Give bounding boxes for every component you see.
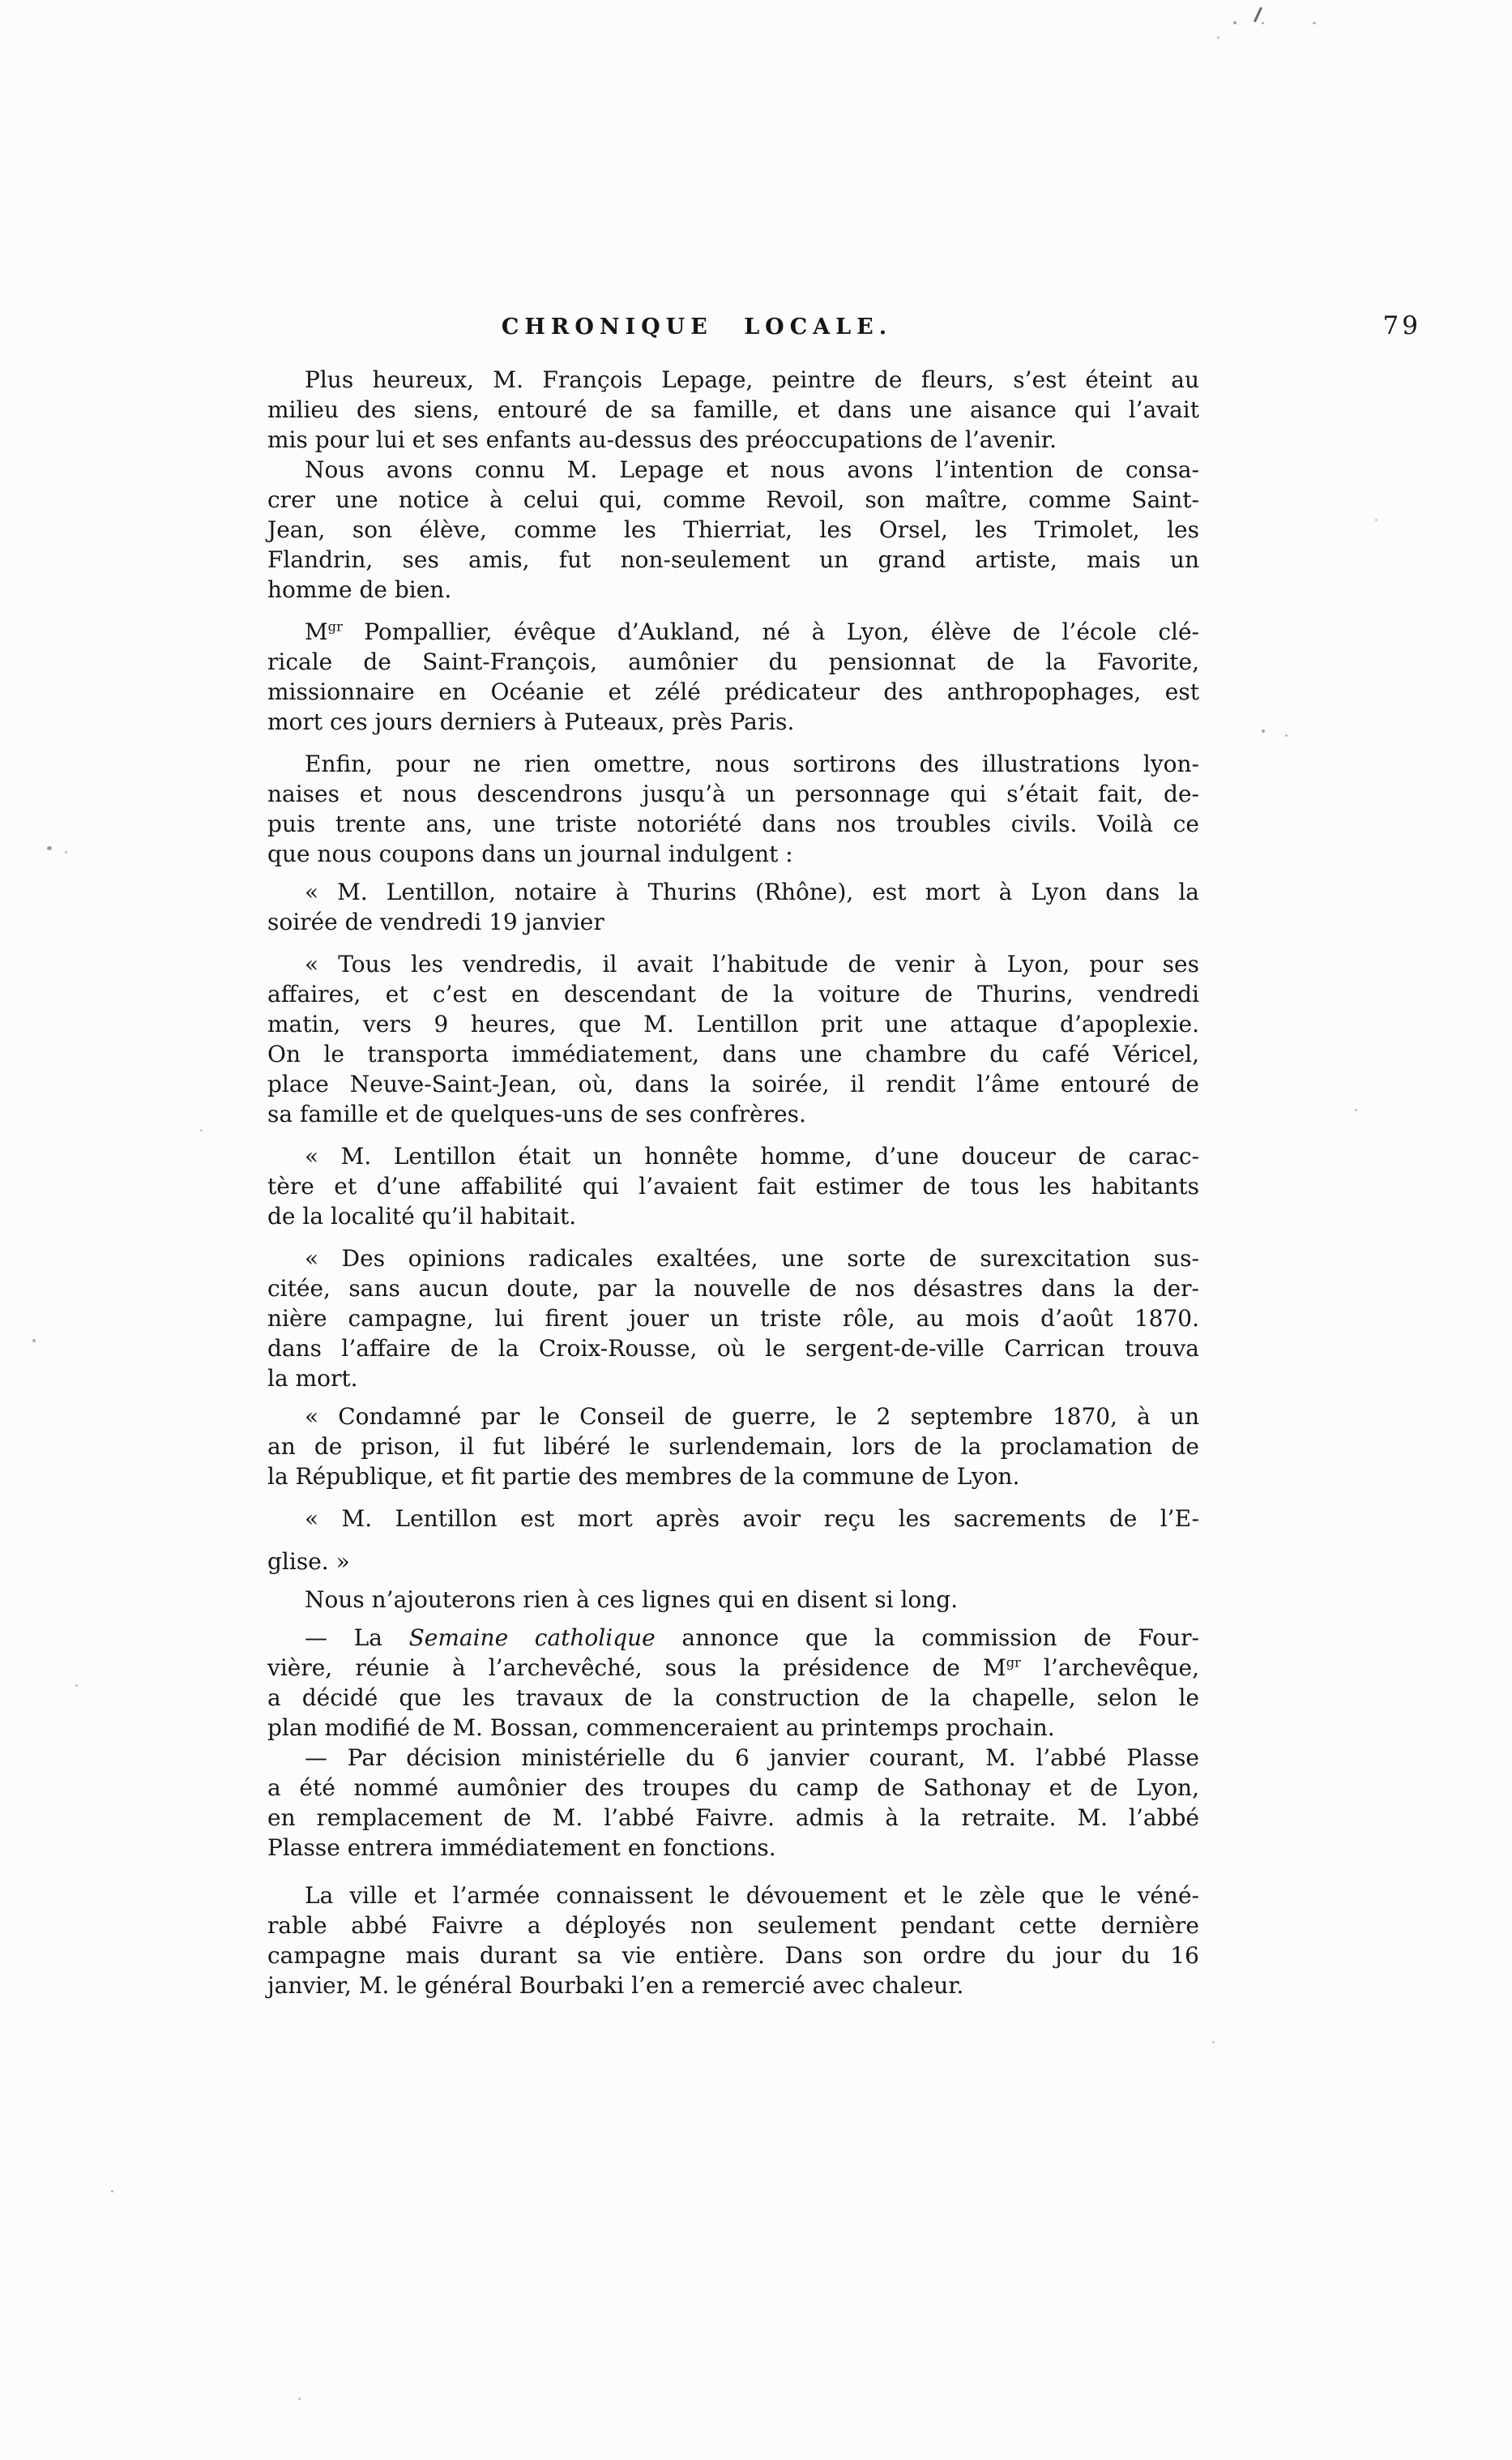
text-line: naises et nous descendrons jusqu’à un pe… [267, 779, 1199, 809]
text-line: tère et d’une affabilité qui l’avaient f… [267, 1171, 1199, 1201]
text-line: homme de bien. [267, 575, 1199, 605]
paragraph-abbe-plasse: — Par décision ministérielle du 6 janvie… [267, 1743, 1199, 1863]
text-line: missionnaire en Océanie et zélé prédicat… [267, 677, 1199, 707]
scan-speck [1233, 21, 1237, 24]
scan-speck [1313, 22, 1316, 24]
text-line: Nous avons connu M. Lepage et nous avons… [267, 455, 1199, 485]
text-line: place Neuve-Saint-Jean, où, dans la soir… [267, 1069, 1199, 1099]
text-line: On le transporta immédiatement, dans une… [267, 1039, 1199, 1069]
scan-speck [1355, 1109, 1357, 1111]
text-line: mort ces jours derniers à Puteaux, près … [267, 707, 1199, 737]
paragraph-quote-apoplexie: « Tous les vendredis, il avait l’habitud… [267, 949, 1199, 1129]
text-line: Plasse entrera immédiatement en fonction… [267, 1833, 1199, 1863]
text-line: rable abbé Faivre a déployés non seuleme… [267, 1910, 1199, 1940]
text-line: plan modifié de M. Bossan, commenceraien… [267, 1713, 1199, 1743]
paragraph-quote-opinions: « Des opinions radicales exaltées, une s… [267, 1243, 1199, 1393]
scan-speck [75, 1684, 78, 1687]
page-number: 79 [1383, 311, 1421, 340]
text-line: — La Semaine catholique annonce que la c… [267, 1623, 1199, 1653]
running-title: CHRONIQUE LOCALE. [231, 314, 1163, 340]
scanned-page: CHRONIQUE LOCALE. 79 Plus heureux, M. Fr… [0, 0, 1512, 2460]
paragraph-semaine-catholique: — La Semaine catholique annonce que la c… [267, 1623, 1199, 1743]
paragraph-lepage-notice: Nous avons connu M. Lepage et nous avons… [267, 455, 1199, 605]
text-line: puis trente ans, une triste notoriété da… [267, 809, 1199, 839]
text-line: Nous n’ajouterons rien à ces lignes qui … [267, 1585, 1199, 1615]
text-line: soirée de vendredi 19 janvier [267, 907, 1199, 937]
paragraph-commentaire: Nous n’ajouterons rien à ces lignes qui … [267, 1585, 1199, 1615]
text-line: « Condamné par le Conseil de guerre, le … [267, 1401, 1199, 1431]
text-line: « M. Lentillon est mort après avoir reçu… [267, 1504, 1199, 1534]
scan-speck [200, 1129, 203, 1132]
paragraph-intro-lentillon: Enfin, pour ne rien omettre, nous sortir… [267, 749, 1199, 869]
scan-speck [1375, 519, 1377, 521]
text-line: « M. Lentillon était un honnête homme, d… [267, 1141, 1199, 1171]
text-line: la République, et fit partie des membres… [267, 1461, 1199, 1491]
paragraph-abbe-faivre: La ville et l’armée connaissent le dévou… [267, 1880, 1199, 2000]
page-header: CHRONIQUE LOCALE. [267, 0, 1199, 352]
scan-speck [1262, 729, 1265, 733]
text-line: « Tous les vendredis, il avait l’habitud… [267, 949, 1199, 979]
paragraph-pompallier: Mgr Pompallier, évêque d’Aukland, né à L… [267, 617, 1199, 737]
text-line: vière, réunie à l’archevêché, sous la pr… [267, 1653, 1199, 1683]
scan-speck [32, 1339, 36, 1342]
text-line: milieu des siens, entouré de sa famille,… [267, 395, 1199, 425]
text-line: Jean, son élève, comme les Thierriat, le… [267, 515, 1199, 545]
text-line: « Des opinions radicales exaltées, une s… [267, 1243, 1199, 1273]
text-line: a décidé que les travaux de la construct… [267, 1683, 1199, 1713]
scan-speck [1262, 22, 1264, 24]
text-line: « M. Lentillon, notaire à Thurins (Rhône… [267, 877, 1199, 907]
text-line: crer une notice à celui qui, comme Revoi… [267, 485, 1199, 515]
text-line: La ville et l’armée connaissent le dévou… [267, 1880, 1199, 1910]
paragraph-quote-death: « M. Lentillon, notaire à Thurins (Rhône… [267, 877, 1199, 937]
scan-speck [298, 2398, 301, 2400]
text-line: mis pour lui et ses enfants au-dessus de… [267, 425, 1199, 455]
scan-speck [1254, 6, 1262, 22]
article-text: Plus heureux, M. François Lepage, peintr… [267, 365, 1199, 2000]
text-line: Enfin, pour ne rien omettre, nous sortir… [267, 749, 1199, 779]
scan-speck [1212, 2041, 1215, 2043]
text-line: janvier, M. le général Bourbaki l’en a r… [267, 1970, 1199, 2000]
paragraph-quote-condamne: « Condamné par le Conseil de guerre, le … [267, 1401, 1199, 1491]
text-line: de la localité qu’il habitait. [267, 1201, 1199, 1231]
scan-speck [47, 846, 52, 850]
text-line: Flandrin, ses amis, fut non-seulement un… [267, 545, 1199, 575]
text-line: dans l’affaire de la Croix-Rousse, où le… [267, 1333, 1199, 1363]
text-line: a été nommé aumônier des troupes du camp… [267, 1773, 1199, 1803]
text-line: que nous coupons dans un journal indulge… [267, 839, 1199, 869]
text-line: Mgr Pompallier, évêque d’Aukland, né à L… [267, 617, 1199, 647]
paragraph-quote-sacrements: « M. Lentillon est mort après avoir reçu… [267, 1504, 1199, 1577]
text-line: affaires, et c’est en descendant de la v… [267, 979, 1199, 1009]
text-line: — Par décision ministérielle du 6 janvie… [267, 1743, 1199, 1773]
text-line: sa famille et de quelques-uns de ses con… [267, 1099, 1199, 1129]
text-line: la mort. [267, 1363, 1199, 1393]
text-line: glise. » [267, 1547, 1199, 1577]
text-line: Plus heureux, M. François Lepage, peintr… [267, 365, 1199, 395]
text-line: ricale de Saint-François, aumônier du pe… [267, 647, 1199, 677]
scan-speck [1217, 36, 1219, 39]
text-line: matin, vers 9 heures, que M. Lentillon p… [267, 1009, 1199, 1039]
scan-speck [65, 851, 67, 854]
text-line: en remplacement de M. l’abbé Faivre. adm… [267, 1803, 1199, 1833]
text-line: an de prison, il fut libéré le surlendem… [267, 1431, 1199, 1461]
text-line: nière campagne, lui firent jouer un tris… [267, 1303, 1199, 1333]
paragraph-quote-honnete: « M. Lentillon était un honnête homme, d… [267, 1141, 1199, 1231]
text-line: campagne mais durant sa vie entière. Dan… [267, 1940, 1199, 1970]
text-line: citée, sans aucun doute, par la nouvelle… [267, 1273, 1199, 1303]
scan-speck [111, 2190, 113, 2193]
paragraph-lepage-obituary: Plus heureux, M. François Lepage, peintr… [267, 365, 1199, 455]
scan-speck [1285, 734, 1288, 737]
